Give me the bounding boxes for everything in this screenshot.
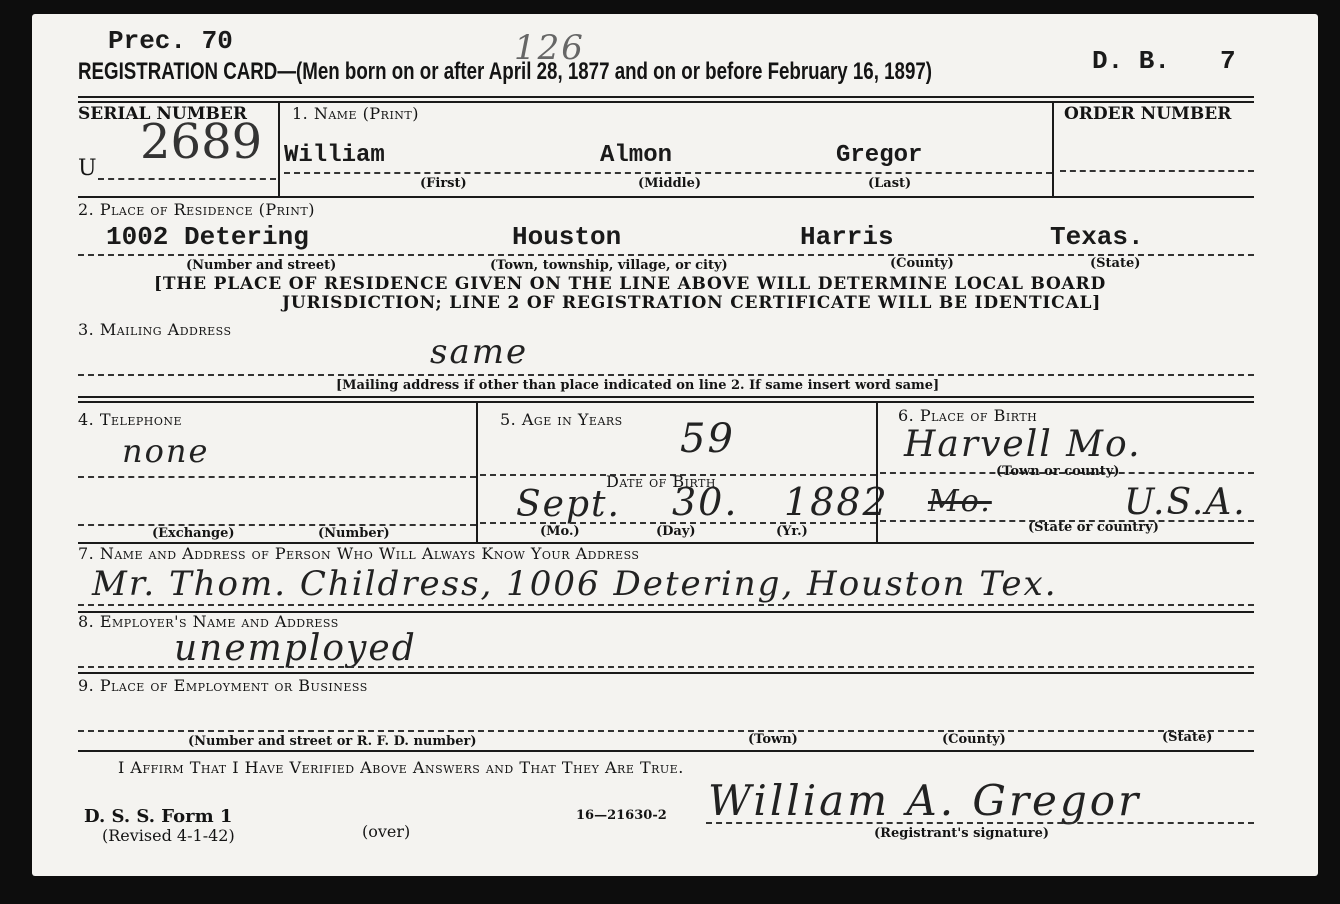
- employment-town-caption: (Town): [748, 732, 798, 747]
- signature-caption: (Registrant's signature): [874, 826, 1049, 841]
- country-caption: (State or country): [1028, 520, 1159, 535]
- affirmation-text: I Affirm That I Have Verified Above Answ…: [118, 758, 684, 777]
- jurisdiction-notice-2: JURISDICTION; LINE 2 OF REGISTRATION CER…: [282, 293, 1101, 313]
- form-name: D. S. S. Form 1: [84, 806, 232, 827]
- birthplace-country: U.S.A.: [1124, 482, 1247, 523]
- contact-person-label: 7. Name and Address of Person Who Will A…: [78, 544, 639, 563]
- over-note: (over): [362, 822, 410, 841]
- birthplace-label: 6. Place of Birth: [898, 406, 1037, 425]
- name-middle-caption: (Middle): [638, 176, 701, 191]
- birthplace-struck: Mo.: [928, 484, 992, 519]
- town-caption: (Town or county): [996, 464, 1119, 479]
- number-caption: (Number): [318, 526, 390, 541]
- birthplace-town: Harvell Mo.: [904, 424, 1142, 465]
- name-first: William: [284, 142, 385, 169]
- dob-day: 30.: [672, 480, 738, 524]
- name-label: 1. Name (Print): [292, 104, 419, 123]
- telephone-label: 4. Telephone: [78, 410, 182, 429]
- jurisdiction-notice-1: [THE PLACE OF RESIDENCE GIVEN ON THE LIN…: [154, 274, 1106, 294]
- registration-card: Prec. 70 126 REGISTRATION CARD—(Men born…: [32, 14, 1318, 876]
- name-last-caption: (Last): [868, 176, 911, 191]
- telephone-value: none: [122, 432, 209, 470]
- print-code: 16—21630-2: [576, 808, 667, 823]
- employer-value: unemployed: [174, 628, 417, 669]
- mailing-caption: [Mailing address if other than place ind…: [336, 378, 939, 393]
- name-first-caption: (First): [420, 176, 467, 191]
- dob-year: 1882: [784, 480, 889, 524]
- card-title: REGISTRATION CARD—(Men born on or after …: [78, 58, 1061, 86]
- draft-board-number: 7: [1220, 46, 1236, 76]
- mailing-value: same: [430, 332, 528, 372]
- mailing-label: 3. Mailing Address: [78, 320, 232, 339]
- registrant-signature: William A. Gregor: [708, 776, 1141, 825]
- year-caption: (Yr.): [776, 524, 808, 539]
- age-value: 59: [680, 416, 735, 462]
- precinct-number: Prec. 70: [108, 26, 233, 56]
- dob-month: Sept.: [516, 484, 621, 525]
- day-caption: (Day): [656, 524, 696, 539]
- street-caption: (Number and street): [186, 258, 336, 273]
- draft-board-label: D. B.: [1092, 46, 1170, 76]
- exchange-caption: (Exchange): [152, 526, 235, 541]
- city-caption: (Town, township, village, or city): [490, 258, 728, 273]
- employment-place-label: 9. Place of Employment or Business: [78, 676, 368, 695]
- residence-label: 2. Place of Residence (Print): [78, 200, 315, 219]
- form-revised: (Revised 4-1-42): [102, 826, 235, 845]
- serial-prefix: U: [78, 156, 97, 181]
- residence-city: Houston: [512, 222, 621, 252]
- employment-county-caption: (County): [942, 732, 1006, 747]
- age-label: 5. Age in Years: [500, 410, 623, 429]
- month-caption: (Mo.): [540, 524, 580, 539]
- residence-street: 1002 Detering: [106, 222, 309, 252]
- employment-street-caption: (Number and street or R. F. D. number): [188, 734, 476, 749]
- contact-person-value: Mr. Thom. Childress, 1006 Detering, Hous…: [92, 564, 1058, 604]
- name-middle: Almon: [600, 142, 672, 169]
- state-caption: (State): [1090, 256, 1140, 271]
- employment-state-caption: (State): [1162, 730, 1212, 745]
- residence-county: Harris: [800, 222, 894, 252]
- order-number-label: ORDER NUMBER: [1064, 104, 1231, 124]
- serial-number-value: 2689: [140, 114, 262, 170]
- residence-state: Texas.: [1050, 222, 1144, 252]
- name-last: Gregor: [836, 142, 922, 169]
- county-caption: (County): [890, 256, 954, 271]
